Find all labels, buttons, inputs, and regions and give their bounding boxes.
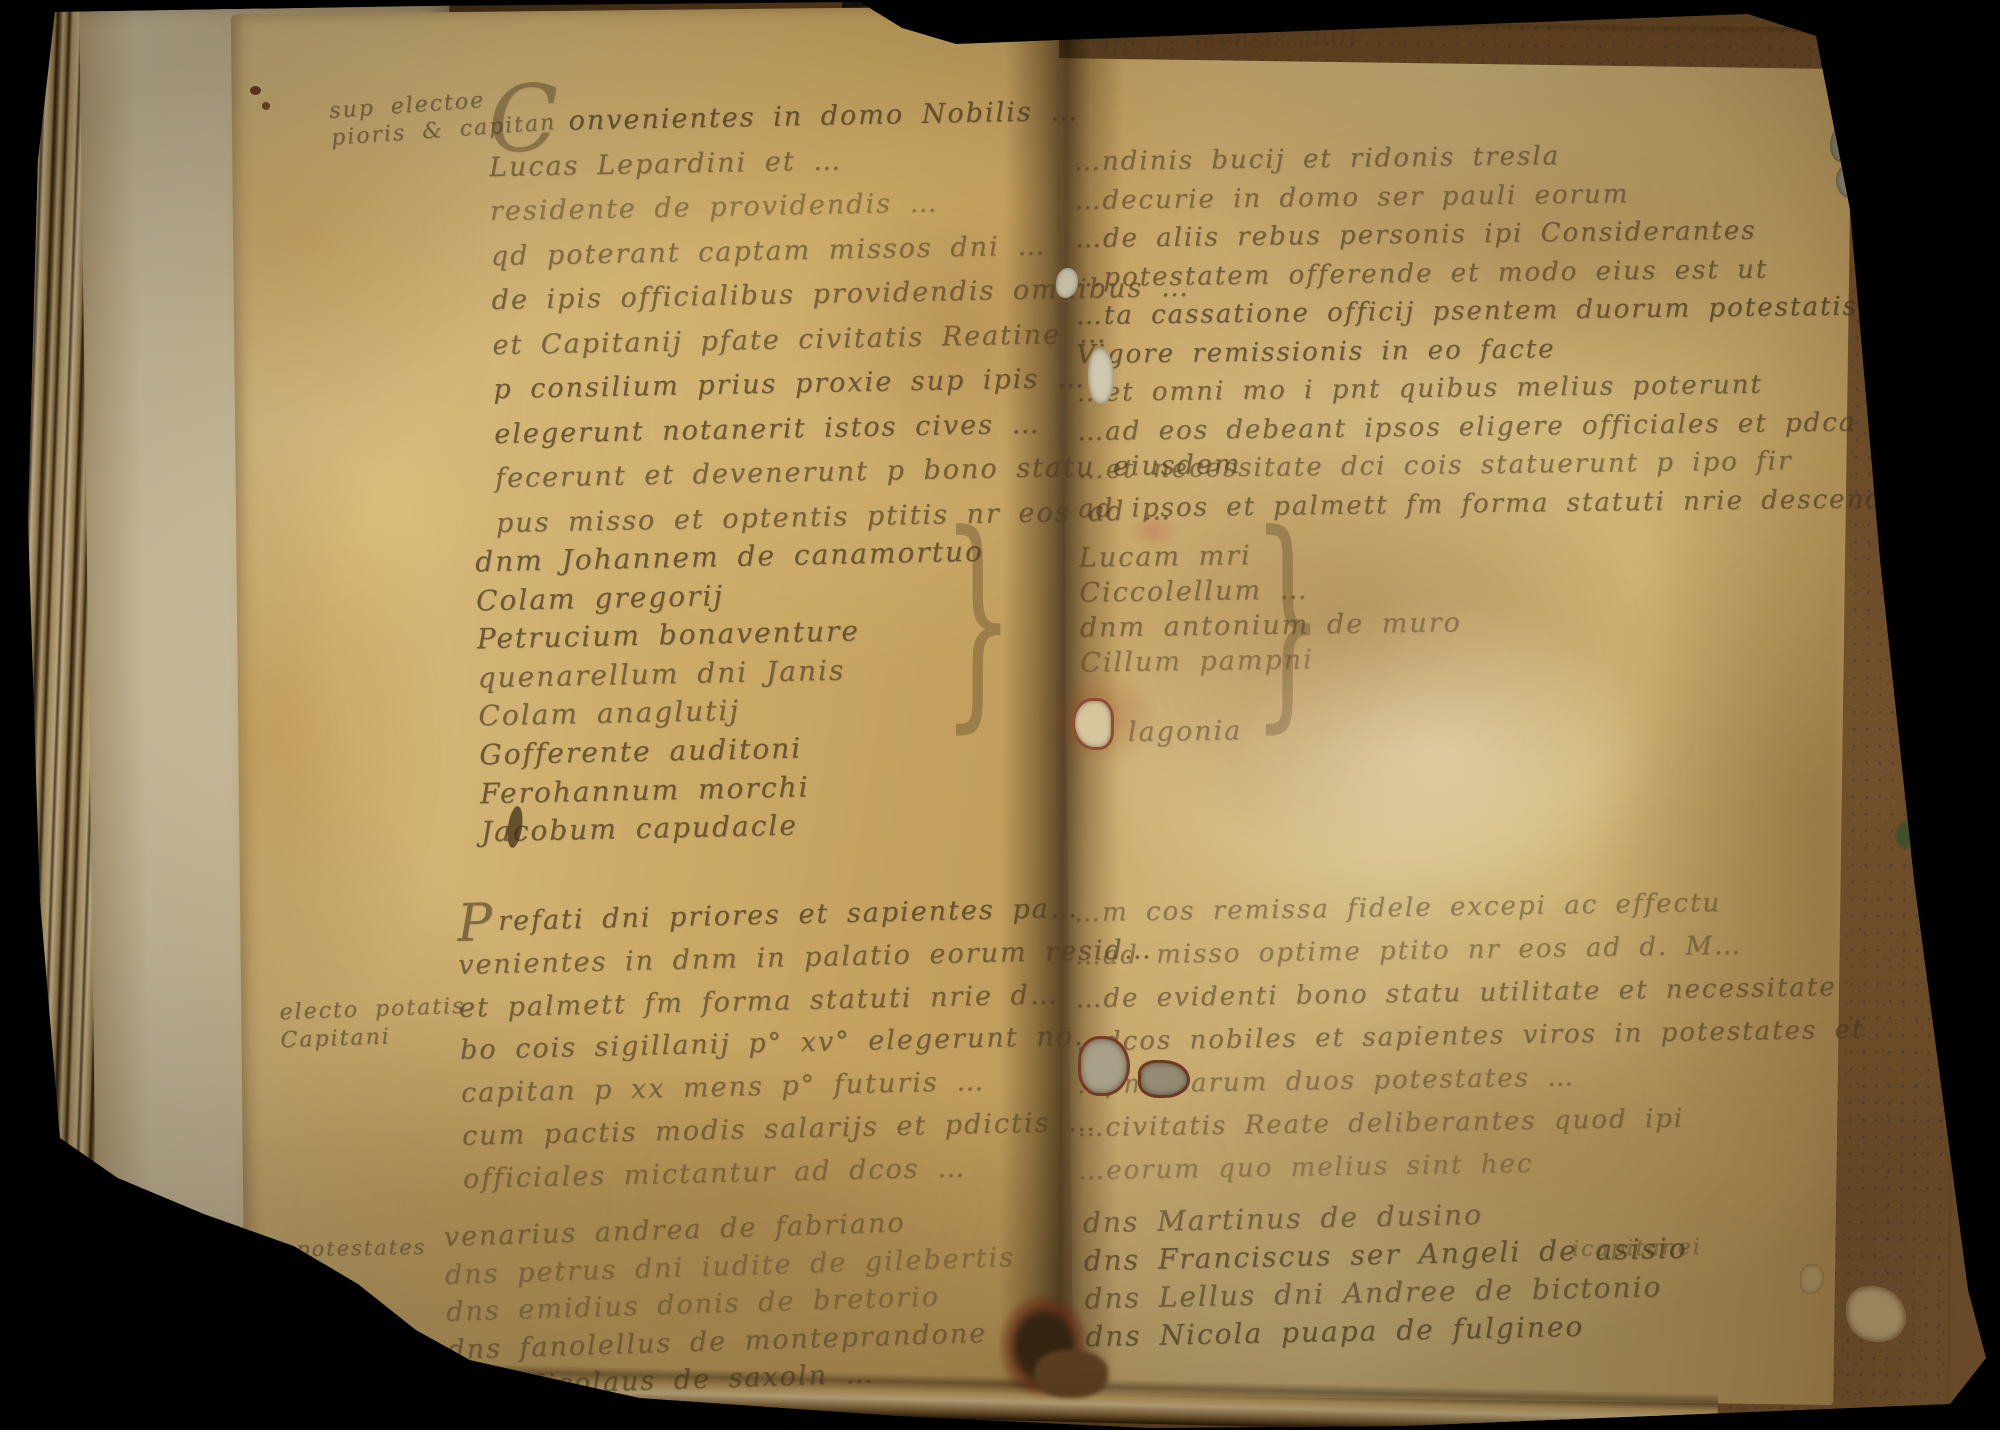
leather-flake: [250, 86, 261, 95]
water-stain: [1180, 990, 1800, 1290]
parchment-hole-red-rim: [1078, 1036, 1130, 1096]
pale-faded-patch: [1230, 600, 1650, 900]
open-codex: sup electoe pioris & capitan Conveniente…: [0, 0, 2000, 1430]
wormhole: [1830, 124, 1856, 162]
parchment-hole: [1088, 348, 1114, 404]
green-stain: [1896, 822, 1912, 848]
list-brace: }: [942, 505, 1015, 735]
parchment-hole-red-rim: [1138, 1060, 1190, 1098]
margin-note-bottom: potestates: [296, 1235, 427, 1261]
margin-note-mid: electo potatis Capitani: [279, 993, 467, 1055]
left-name-list: dnm Johannem de canamortuo Colam gregori…: [475, 533, 990, 852]
parchment-hole-red-rim: [1072, 698, 1114, 750]
manuscript-photo: sup electoe pioris & capitan Conveniente…: [0, 0, 2000, 1430]
water-stain: [500, 1040, 1020, 1370]
pink-stain: [1130, 514, 1178, 548]
leather-flake: [262, 102, 270, 110]
water-stain: [1290, 140, 1790, 400]
wormhole: [1836, 166, 1860, 198]
water-stain: [810, 170, 1090, 490]
gutter-rot-damage: [1034, 1350, 1108, 1398]
